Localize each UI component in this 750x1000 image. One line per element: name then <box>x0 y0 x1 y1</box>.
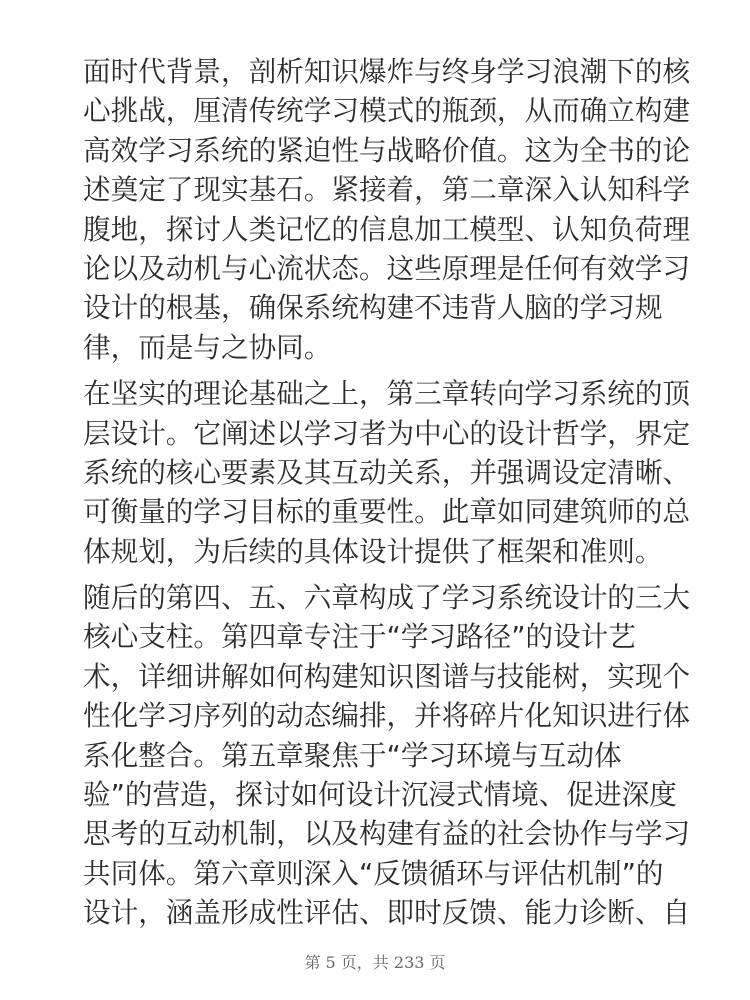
text-line: 面时代背景，剖析知识爆炸与终身学习浪潮下的核 <box>83 52 668 91</box>
text-line: 随后的第四、五、六章构成了学习系统设计的三大 <box>83 578 668 617</box>
text-line: 思考的互动机制，以及构建有益的社会协作与学习 <box>83 814 668 853</box>
text-line: 核心支柱。第四章专注于“学习路径”的设计艺 <box>83 617 668 656</box>
text-line: 术，详细讲解如何构建知识图谱与技能树，实现个 <box>83 657 668 696</box>
text-line: 高效学习系统的紧迫性与战略价值。这为全书的论 <box>83 131 668 170</box>
text-line: 系化整合。第五章聚焦于“学习环境与互动体 <box>83 736 668 775</box>
document-page: 面时代背景，剖析知识爆炸与终身学习浪潮下的核 心挑战，厘清传统学习模式的瓶颈，从… <box>83 52 668 940</box>
text-line: 设计的根基，确保系统构建不违背人脑的学习规 <box>83 288 668 327</box>
text-line: 验”的营造，探讨如何设计沉浸式情境、促进深度 <box>83 775 668 814</box>
text-line: 可衡量的学习目标的重要性。此章如同建筑师的总 <box>83 492 668 531</box>
page-indicator: 第 5 页，共 233 页 <box>0 952 750 974</box>
text-line: 层设计。它阐述以学习者为中心的设计哲学，界定 <box>83 414 668 453</box>
text-line: 心挑战，厘清传统学习模式的瓶颈，从而确立构建 <box>83 91 668 130</box>
text-line: 性化学习序列的动态编排，并将碎片化知识进行体 <box>83 696 668 735</box>
text-line: 律，而是与之协同。 <box>83 328 668 367</box>
text-line: 在坚实的理论基础之上，第三章转向学习系统的顶 <box>83 374 668 413</box>
paragraph-1: 面时代背景，剖析知识爆炸与终身学习浪潮下的核 心挑战，厘清传统学习模式的瓶颈，从… <box>83 52 668 367</box>
text-line: 论以及动机与心流状态。这些原理是任何有效学习 <box>83 249 668 288</box>
text-line: 腹地，探讨人类记忆的信息加工模型、认知负荷理 <box>83 210 668 249</box>
paragraph-2: 在坚实的理论基础之上，第三章转向学习系统的顶 层设计。它阐述以学习者为中心的设计… <box>83 374 668 571</box>
text-line: 共同体。第六章则深入“反馈循环与评估机制”的 <box>83 854 668 893</box>
text-line: 述奠定了现实基石。紧接着，第二章深入认知科学 <box>83 170 668 209</box>
paragraph-3: 随后的第四、五、六章构成了学习系统设计的三大 核心支柱。第四章专注于“学习路径”… <box>83 578 668 933</box>
text-line: 系统的核心要素及其互动关系，并强调设定清晰、 <box>83 453 668 492</box>
text-line: 体规划，为后续的具体设计提供了框架和准则。 <box>83 532 668 571</box>
text-line: 设计，涵盖形成性评估、即时反馈、能力诊断、自 <box>83 893 668 932</box>
